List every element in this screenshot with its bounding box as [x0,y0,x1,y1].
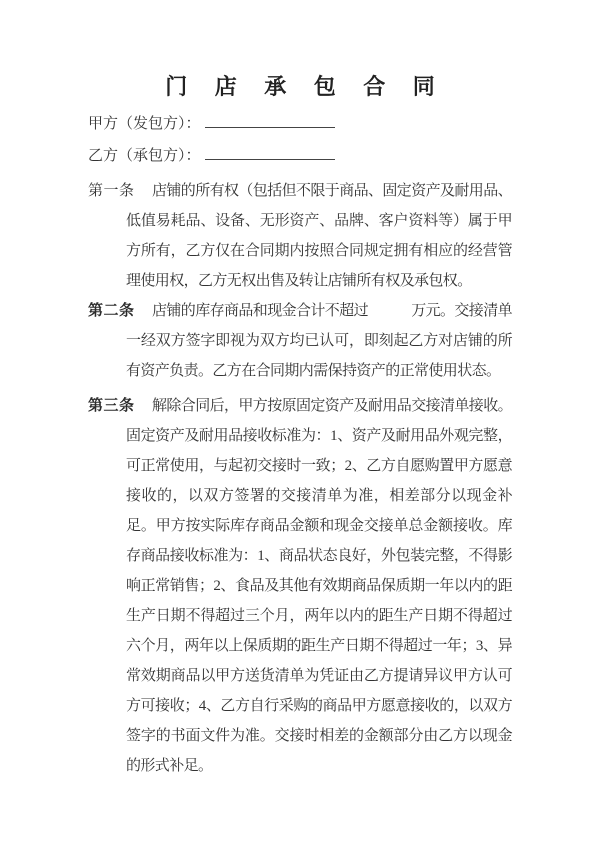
document-title: 门 店 承 包 合 同 [88,70,512,104]
parties-section: 甲方（发包方）： 乙方（承包方）： [88,108,512,172]
contract-page: 门 店 承 包 合 同 甲方（发包方）： 乙方（承包方）： 第一条 店铺的所有权… [0,0,600,849]
clause-3-text: 解除合同后，甲方按原固定资产及耐用品交接清单接收。固定资产及耐用品接收标准为：1… [126,391,512,781]
party-b-row: 乙方（承包方）： [88,140,512,172]
clause-1-label: 第一条 [88,176,135,206]
party-b-blank-line [205,144,335,160]
clause-1-text: 店铺的所有权（包括但不限于商品、固定资产及耐用品、低值易耗品、设备、无形资产、品… [126,176,512,296]
clause-1: 第一条 店铺的所有权（包括但不限于商品、固定资产及耐用品、低值易耗品、设备、无形… [126,176,512,296]
clause-2-text: 店铺的库存商品和现金合计不超过 万元。交接清单一经双方签字即视为双方均已认可，即… [126,296,512,386]
party-b-label: 乙方（承包方）： [88,148,201,164]
clause-2-label: 第二条 [88,296,135,326]
party-a-blank-line [205,112,335,128]
party-a-row: 甲方（发包方）： [88,108,512,140]
clause-3: 第三条 解除合同后，甲方按原固定资产及耐用品交接清单接收。固定资产及耐用品接收标… [126,391,512,781]
clause-3-label: 第三条 [88,391,135,421]
party-a-label: 甲方（发包方）： [88,116,201,132]
clause-2: 第二条 店铺的库存商品和现金合计不超过 万元。交接清单一经双方签字即视为双方均已… [126,296,512,386]
